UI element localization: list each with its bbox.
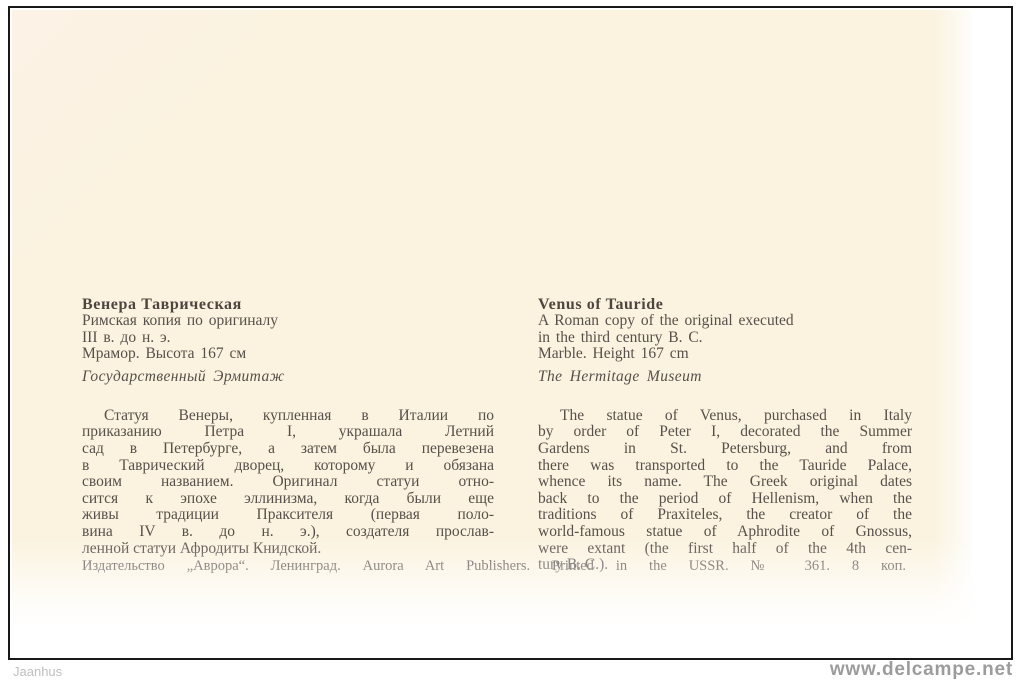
text-line: A Roman copy of the original executed bbox=[538, 313, 912, 330]
text-line: were extant (the first half of the 4th c… bbox=[538, 541, 912, 558]
text-line: сад в Петербурге, а затем была перевезен… bbox=[82, 441, 494, 458]
text-line: в Таврический дворец, которому и обязана bbox=[82, 458, 494, 475]
text-line: in the third century B. C. bbox=[538, 330, 912, 347]
subtitle-russian: Римская копия по оригиналуIII в. до н. э… bbox=[82, 313, 494, 363]
text-line: вина IV в. до н. э.), создателя прослав- bbox=[82, 524, 494, 541]
text-line: сится к эпохе эллинизма, когда были еще bbox=[82, 491, 494, 508]
scan-border-frame: Венера Таврическая Римская копия по ориг… bbox=[8, 6, 1013, 660]
text-line: whence its name. The Greek original date… bbox=[538, 474, 912, 491]
publisher-imprint: Издательство „Аврора“. Ленинград. Aurora… bbox=[82, 558, 906, 574]
museum-english: The Hermitage Museum bbox=[538, 368, 912, 385]
museum-russian: Государственный Эрмитаж bbox=[82, 368, 494, 385]
text-line: ленной статуи Афродиты Книдской. bbox=[82, 541, 494, 558]
text-line: Статуя Венеры, купленная в Италии по bbox=[82, 408, 494, 425]
subtitle-english: A Roman copy of the original executedin … bbox=[538, 313, 912, 363]
title-russian: Венера Таврическая bbox=[82, 296, 494, 313]
watermark-seller: Jaanhus bbox=[13, 664, 62, 679]
text-line: there was transported to the Tauride Pal… bbox=[538, 458, 912, 475]
text-line: traditions of Praxiteles, the creator of… bbox=[538, 507, 912, 524]
text-line: живы традиции Праксителя (первая поло- bbox=[82, 507, 494, 524]
russian-column: Венера Таврическая Римская копия по ориг… bbox=[82, 296, 494, 557]
text-line: Gardens in St. Petersburg, and from bbox=[538, 441, 912, 458]
scanned-postcard-page: Венера Таврическая Римская копия по ориг… bbox=[0, 0, 1020, 684]
text-line: своим названием. Оригинал статуи отно- bbox=[82, 474, 494, 491]
text-line: back to the period of Hellenism, when th… bbox=[538, 491, 912, 508]
text-line: The statue of Venus, purchased in Italy bbox=[538, 408, 912, 425]
text-line: world-famous statue of Aphrodite of Gnos… bbox=[538, 524, 912, 541]
body-russian: Статуя Венеры, купленная в Италии поприк… bbox=[82, 408, 494, 557]
text-line: Marble. Height 167 cm bbox=[538, 346, 912, 363]
english-column: Venus of Tauride A Roman copy of the ori… bbox=[538, 296, 912, 574]
text-line: by order of Peter I, decorated the Summe… bbox=[538, 424, 912, 441]
watermark-delcampe: www.delcampe.net bbox=[830, 659, 1013, 681]
text-line: Римская копия по оригиналу bbox=[82, 313, 494, 330]
text-line: III в. до н. э. bbox=[82, 330, 494, 347]
text-line: Мрамор. Высота 167 см bbox=[82, 346, 494, 363]
title-english: Venus of Tauride bbox=[538, 296, 912, 313]
postcard-back: Венера Таврическая Римская копия по ориг… bbox=[12, 10, 972, 624]
body-english: The statue of Venus, purchased in Italyb… bbox=[538, 408, 912, 574]
text-line: приказанию Петра I, украшала Летний bbox=[82, 424, 494, 441]
